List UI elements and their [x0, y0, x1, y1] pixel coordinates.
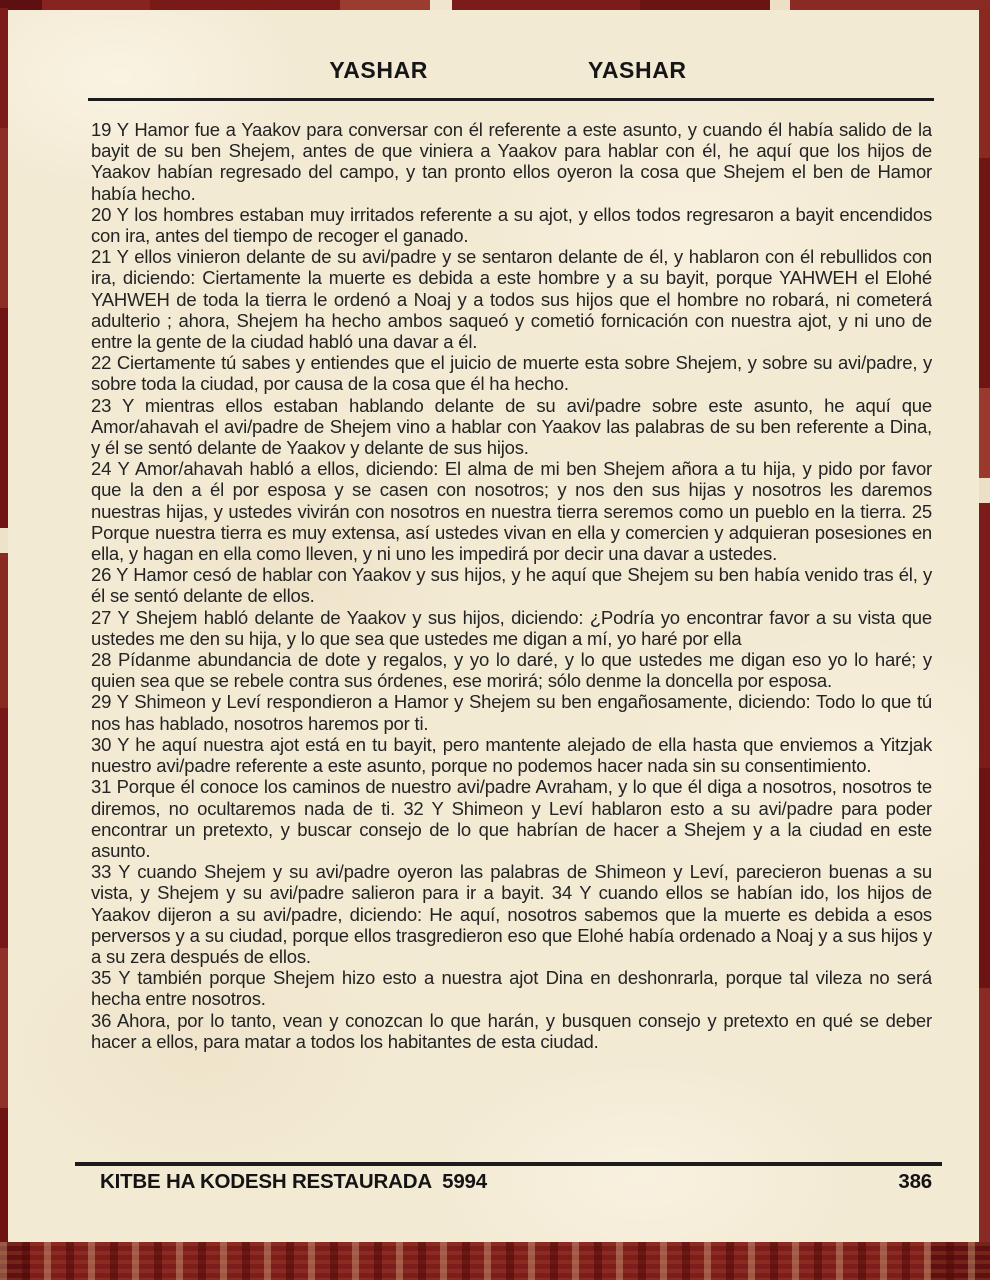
verse-text-block: 19 Y Hamor fue a Yaakov para conversar c… — [91, 119, 932, 1159]
verse-paragraph-22: 22 Ciertamente tú sabes y entiendes que … — [91, 352, 932, 394]
header-title-right: YASHAR — [588, 57, 687, 84]
scan-edge-left — [0, 8, 8, 1242]
verse-paragraph-24-25: 24 Y Amor/ahavah habló a ellos, diciendo… — [91, 458, 932, 564]
scan-edge-bottom — [0, 1242, 990, 1280]
page-header: YASHAR YASHAR — [0, 57, 990, 84]
verse-paragraph-21: 21 Y ellos vinieron delante de su avi/pa… — [91, 246, 932, 352]
verse-paragraph-26: 26 Y Hamor cesó de hablar con Yaakov y s… — [91, 564, 932, 606]
verse-paragraph-31-32: 31 Porque él conoce los caminos de nuest… — [91, 776, 932, 861]
footer-book-title: KITBE HA KODESH RESTAURADA 5994 — [100, 1170, 487, 1194]
verse-paragraph-29: 29 Y Shimeon y Leví respondieron a Hamor… — [91, 691, 932, 733]
verse-paragraph-36: 36 Ahora, por lo tanto, vean y conozcan … — [91, 1010, 932, 1052]
scan-edge-right — [979, 8, 990, 1242]
verse-paragraph-27: 27 Y Shejem habló delante de Yaakov y su… — [91, 607, 932, 649]
footer-rule — [75, 1162, 942, 1166]
verse-paragraph-28: 28 Pídanme abundancia de dote y regalos,… — [91, 649, 932, 691]
header-rule — [88, 98, 934, 101]
verse-paragraph-20: 20 Y los hombres estaban muy irritados r… — [91, 204, 932, 246]
document-page: YASHAR YASHAR 19 Y Hamor fue a Yaakov pa… — [0, 0, 990, 1280]
footer-page-number: 386 — [898, 1170, 932, 1194]
scan-edge-top — [0, 0, 990, 10]
verse-paragraph-35: 35 Y también porque Shejem hizo esto a n… — [91, 967, 932, 1009]
page-footer: KITBE HA KODESH RESTAURADA 5994 386 — [100, 1170, 932, 1194]
header-title-left: YASHAR — [329, 57, 428, 84]
verse-paragraph-23: 23 Y mientras ellos estaban hablando del… — [91, 395, 932, 459]
verse-paragraph-30: 30 Y he aquí nuestra ajot está en tu bay… — [91, 734, 932, 776]
verse-paragraph-33-34: 33 Y cuando Shejem y su avi/padre oyeron… — [91, 861, 932, 967]
verse-paragraph-19: 19 Y Hamor fue a Yaakov para conversar c… — [91, 119, 932, 204]
